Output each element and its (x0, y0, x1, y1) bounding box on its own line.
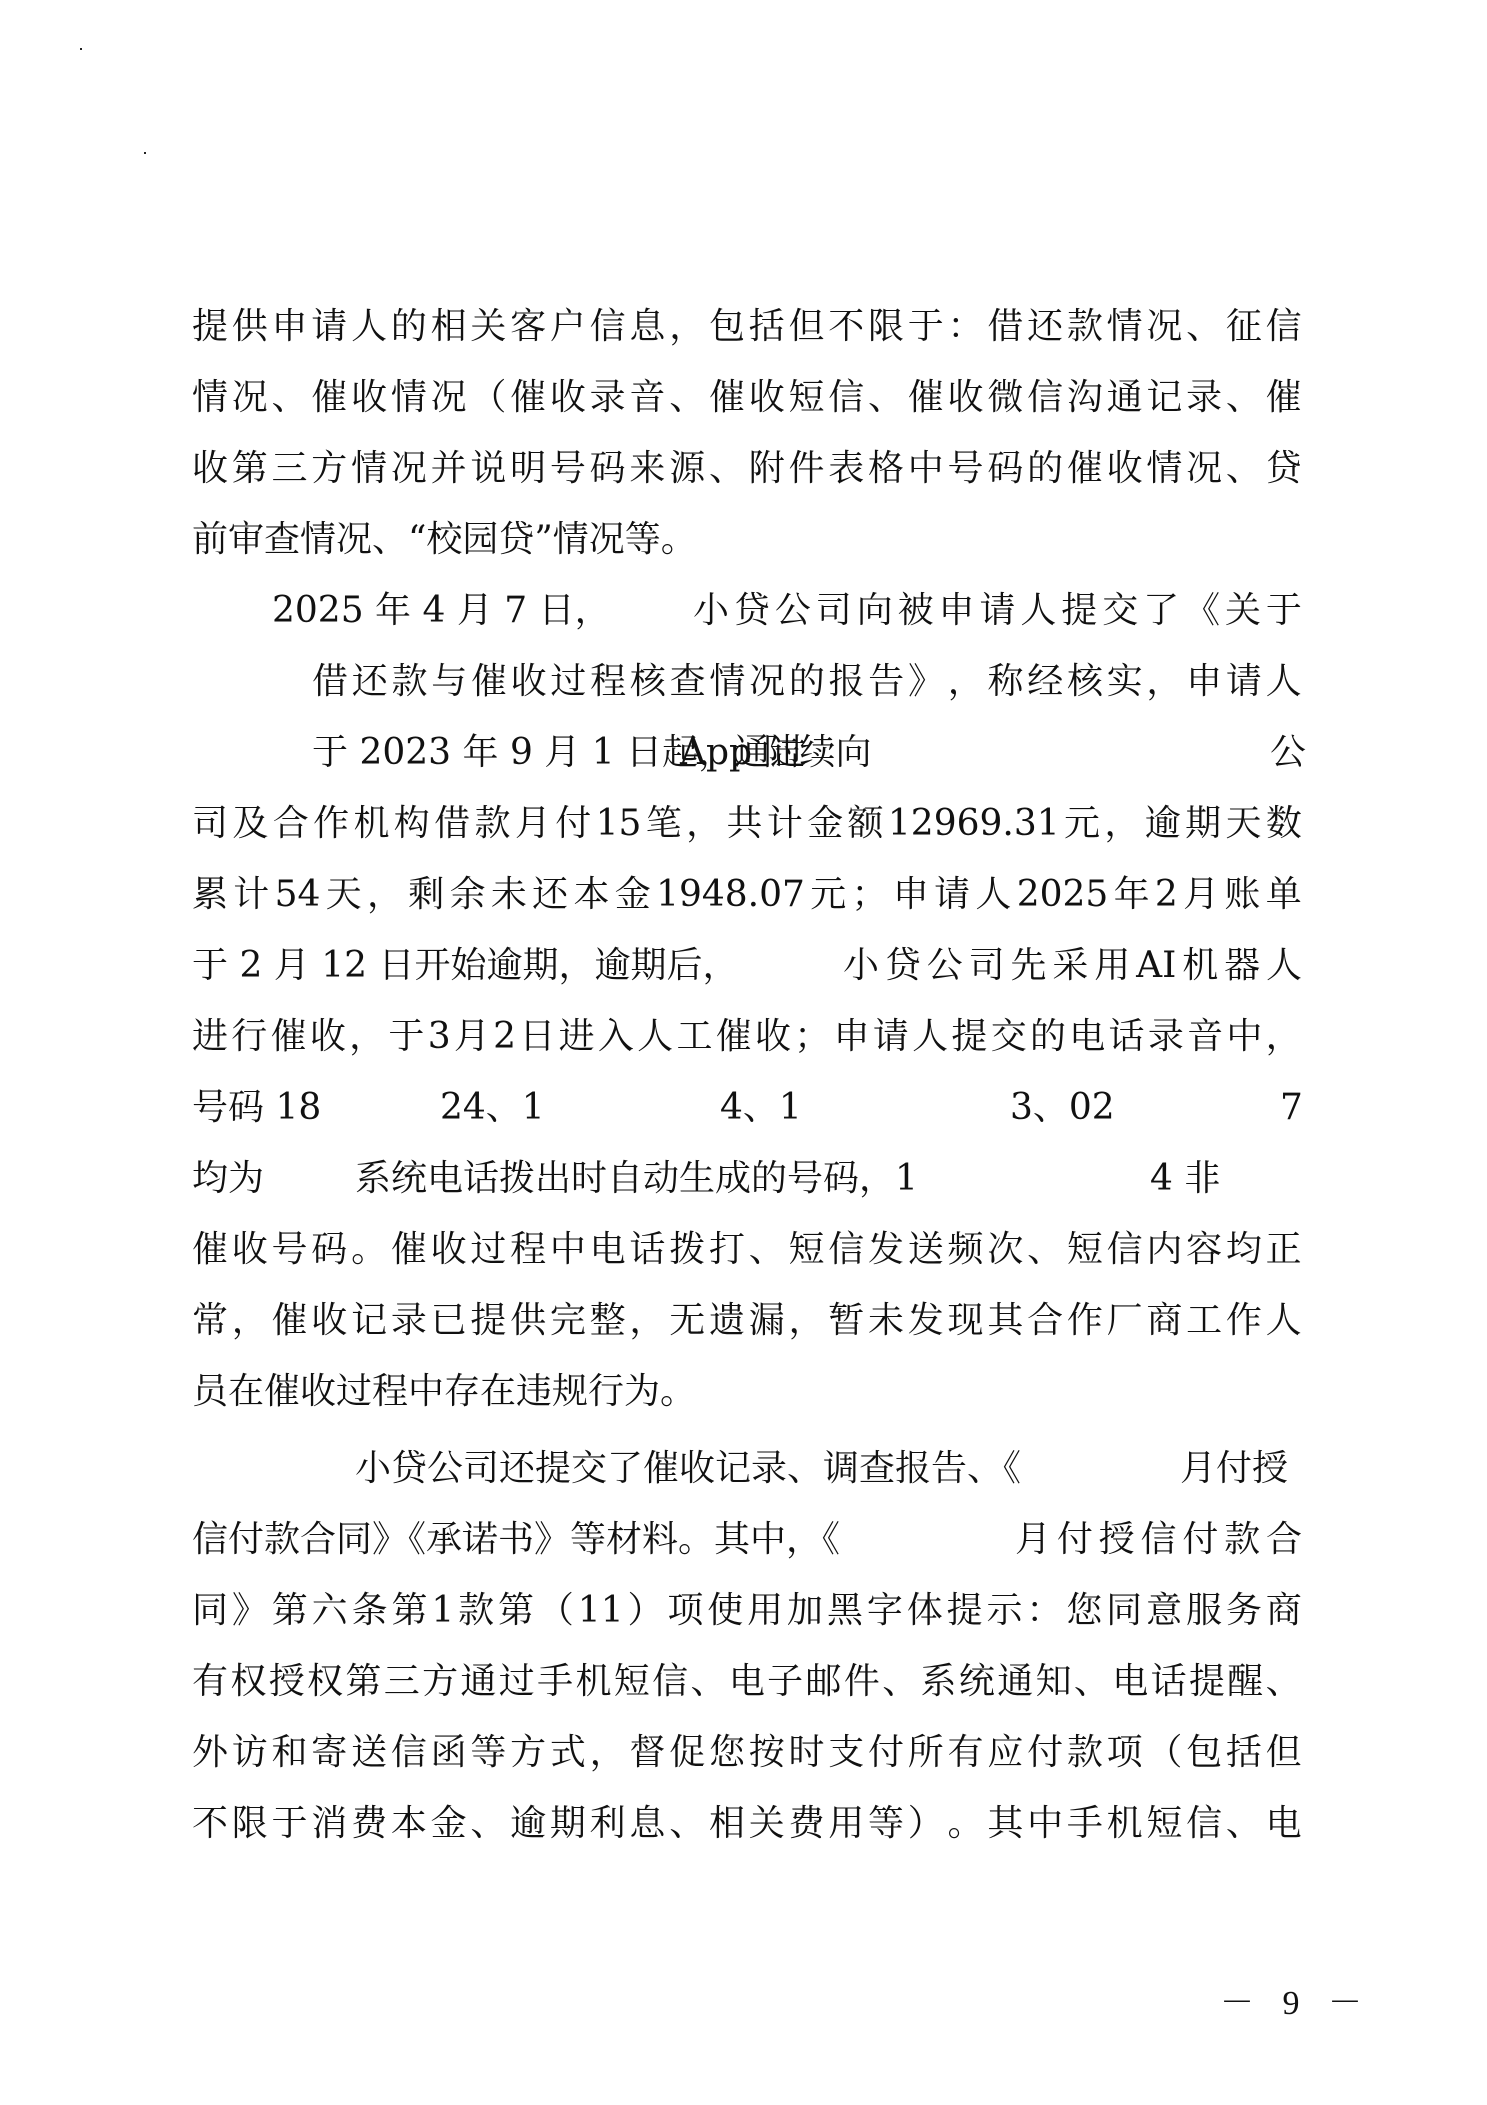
text-segment: 情况、催收情况（催收录音、催收短信、催收微信沟通记录、催 (192, 372, 1302, 424)
text-line: 常，催收记录已提供完整，无遗漏，暂未发现其合作厂商工作人 (0, 1295, 1487, 1347)
text-line: 进行催收，于3月2日进入人工催收；申请人提交的电话录音中， (0, 1011, 1487, 1063)
text-line: 情况、催收情况（催收录音、催收短信、催收微信沟通记录、催 (0, 372, 1487, 424)
text-segment: 月付授 (1180, 1443, 1288, 1495)
text-segment: 不限于消费本金、逾期利息、相关费用等）。其中手机短信、电 (192, 1798, 1302, 1850)
text-segment: 外访和寄送信函等方式，督促您按时支付所有应付款项（包括但 (192, 1727, 1302, 1779)
text-segment: 前审查情况、“校园贷”情况等。 (192, 514, 697, 566)
text-line: 有权授权第三方通过手机短信、电子邮件、系统通知、电话提醒、 (0, 1656, 1487, 1708)
text-line: 提供申请人的相关客户信息，包括但不限于：借还款情况、征信 (0, 301, 1487, 353)
text-line: 司及合作机构借款月付15笔，共计金额12969.31元，逾期天数 (0, 798, 1487, 850)
text-line: 信付款合同》《承诺书》等材料。其中，《月付授信付款合 (0, 1514, 1487, 1566)
text-segment: 同》第六条第1款第（11）项使用加黑字体提示：您同意服务商 (192, 1585, 1302, 1637)
text-segment: 于 2 月 12 日开始逾期，逾期后， (192, 940, 739, 992)
text-line: 员在催收过程中存在违规行为。 (0, 1366, 1487, 1418)
text-line: 2025 年 4 月 7 日，小贷公司向被申请人提交了《关于 (0, 585, 1487, 637)
text-segment: 收第三方情况并说明号码来源、附件表格中号码的催收情况、贷 (192, 443, 1302, 495)
text-line: 小贷公司还提交了催收记录、调查报告、《月付授 (0, 1443, 1487, 1495)
text-segment: 月付授信付款合 (1015, 1514, 1302, 1566)
text-segment: 员在催收过程中存在违规行为。 (192, 1366, 696, 1418)
text-line: 前审查情况、“校园贷”情况等。 (0, 514, 1487, 566)
text-segment: 小贷公司向被申请人提交了《关于 (693, 585, 1302, 637)
text-line: 于 2023 年 9 月 1 日起，通过App 陆续向公 (0, 727, 1487, 779)
page-number: － 9 － (1220, 1975, 1372, 2024)
text-line: 均为系统电话拨出时自动生成的号码，14 非 (0, 1153, 1487, 1205)
text-segment: 借还款与催收过程核查情况的报告》，称经核实，申请人 (312, 656, 1302, 708)
text-segment: 4、1 (720, 1082, 802, 1134)
text-line: 外访和寄送信函等方式，督促您按时支付所有应付款项（包括但 (0, 1727, 1487, 1779)
document-page: 提供申请人的相关客户信息，包括但不限于：借还款情况、征信情况、催收情况（催收录音… (0, 0, 1487, 2105)
text-line: 累计54天，剩余未还本金1948.07元；申请人2025年2月账单 (0, 869, 1487, 921)
text-segment: 均为 (192, 1153, 264, 1205)
text-segment: 7 (1280, 1082, 1303, 1134)
text-segment: 催收号码。催收过程中电话拨打、短信发送频次、短信内容均正 (192, 1224, 1302, 1276)
text-segment: 24、1 (440, 1082, 545, 1134)
text-segment: 系统电话拨出时自动生成的号码，1 (355, 1153, 918, 1205)
text-line: 同》第六条第1款第（11）项使用加黑字体提示：您同意服务商 (0, 1585, 1487, 1637)
scan-speck (80, 48, 82, 50)
text-segment: App 陆续向 (680, 727, 872, 779)
text-segment: 3、02 (1010, 1082, 1115, 1134)
text-segment: 小贷公司先采用AI机器人 (843, 940, 1302, 992)
text-segment: 有权授权第三方通过手机短信、电子邮件、系统通知、电话提醒、 (192, 1656, 1302, 1708)
text-segment: 常，催收记录已提供完整，无遗漏，暂未发现其合作厂商工作人 (192, 1295, 1302, 1347)
text-segment: 公 (1270, 727, 1306, 779)
text-segment: 4 非 (1150, 1153, 1220, 1205)
text-segment: 信付款合同》《承诺书》等材料。其中，《 (192, 1514, 840, 1566)
text-segment: 进行催收，于3月2日进入人工催收；申请人提交的电话录音中， (192, 1011, 1302, 1063)
scan-speck (144, 152, 146, 154)
text-line: 催收号码。催收过程中电话拨打、短信发送频次、短信内容均正 (0, 1224, 1487, 1276)
text-segment: 提供申请人的相关客户信息，包括但不限于：借还款情况、征信 (192, 301, 1302, 353)
text-line: 于 2 月 12 日开始逾期，逾期后，小贷公司先采用AI机器人 (0, 940, 1487, 992)
text-segment: 小贷公司还提交了催收记录、调查报告、《 (355, 1443, 1021, 1495)
text-line: 不限于消费本金、逾期利息、相关费用等）。其中手机短信、电 (0, 1798, 1487, 1850)
text-segment: 2025 年 4 月 7 日， (272, 585, 611, 637)
text-line: 借还款与催收过程核查情况的报告》，称经核实，申请人 (0, 656, 1487, 708)
text-line: 号码 1824、14、13、027 (0, 1082, 1487, 1134)
text-line: 收第三方情况并说明号码来源、附件表格中号码的催收情况、贷 (0, 443, 1487, 495)
text-segment: 司及合作机构借款月付15笔，共计金额12969.31元，逾期天数 (192, 798, 1302, 850)
text-segment: 累计54天，剩余未还本金1948.07元；申请人2025年2月账单 (192, 869, 1302, 921)
text-segment: 号码 18 (192, 1082, 321, 1134)
